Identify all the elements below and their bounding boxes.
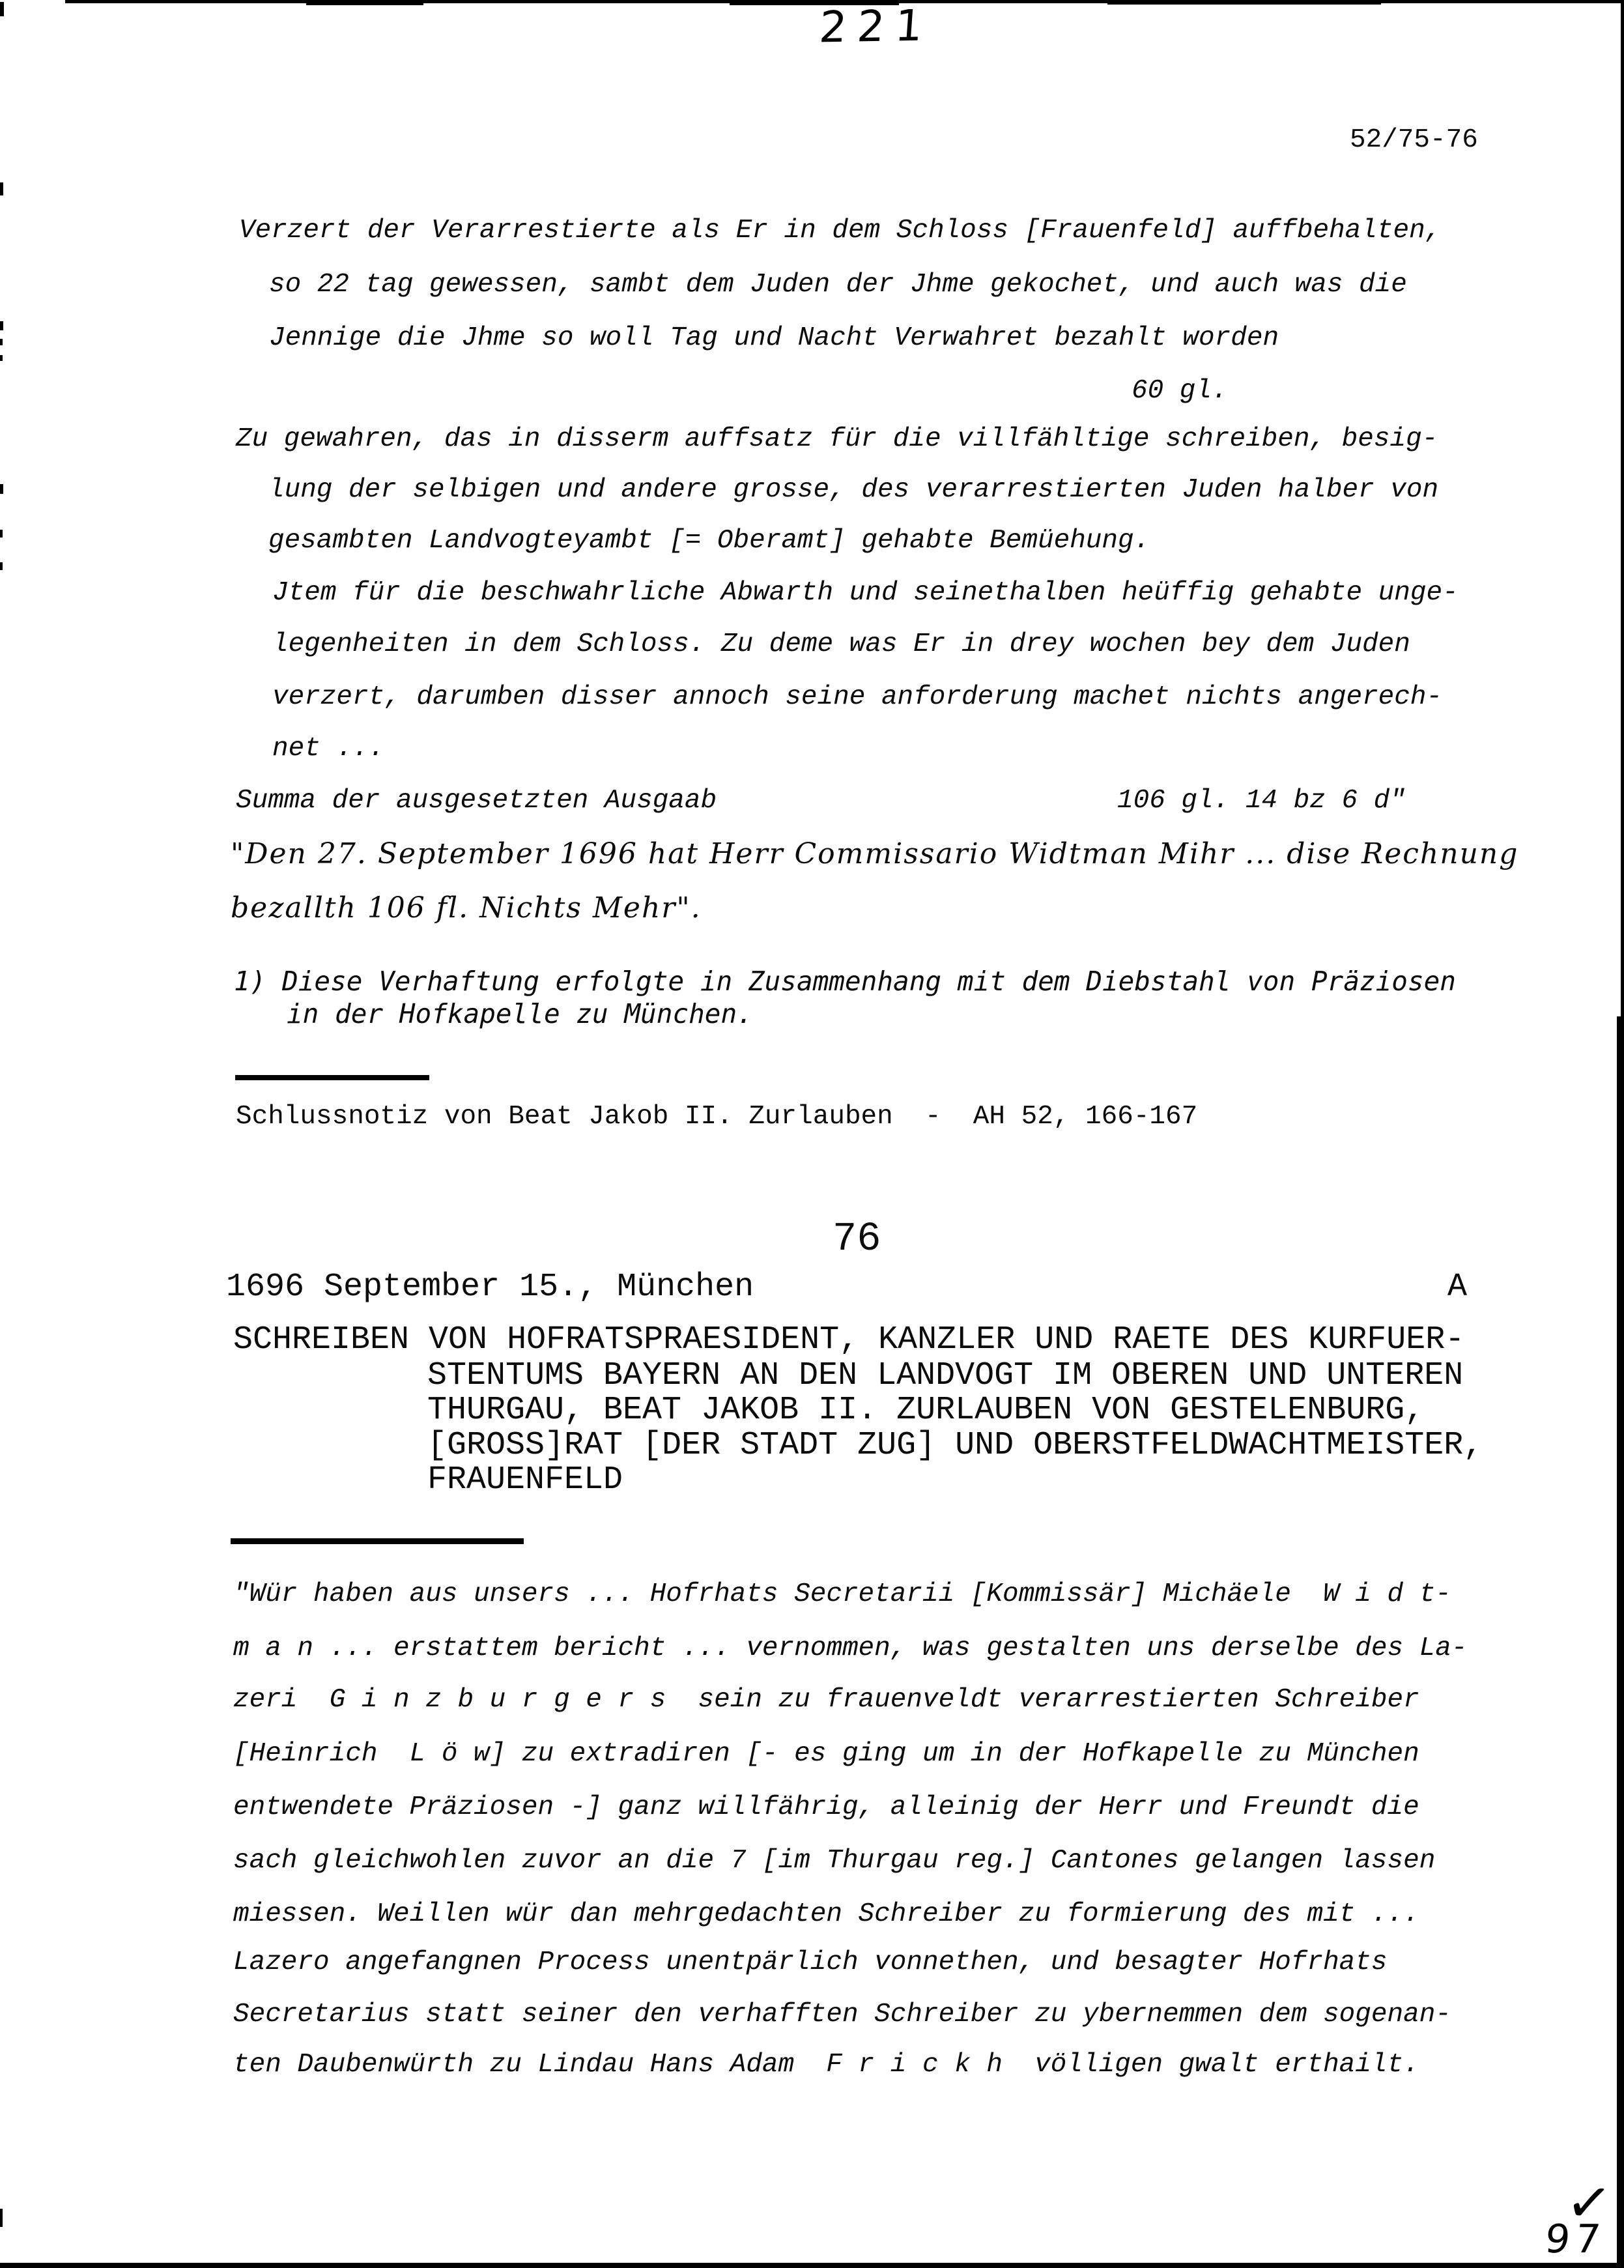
scan-edge-left	[0, 2209, 3, 2227]
body-line: sach gleichwohlen zuvor an die 7 [im Thu…	[233, 1846, 1435, 1876]
body-line: m a n ... erstattem bericht ... vernomme…	[233, 1633, 1468, 1663]
archive-siglum: A	[1447, 1269, 1467, 1306]
title-line: THURGAU, BEAT JAKOB II. ZURLAUBEN VON GE…	[427, 1392, 1424, 1429]
body-line: Secretarius statt seiner den verhafften …	[233, 2000, 1451, 2030]
scan-edge-top	[1107, 0, 1381, 5]
body-line: zeri G i n z b u r g e r s sein zu fraue…	[233, 1685, 1419, 1715]
scan-edge-left	[0, 2, 4, 16]
scan-edge-left	[0, 530, 3, 538]
dateline: 1696 September 15., München	[226, 1269, 754, 1306]
quote-line: so 22 tag gewessen, sambt dem Juden der …	[269, 270, 1407, 300]
summa-label: Summa der ausgesetzten Ausgaab	[236, 786, 717, 816]
title-line: [GROSS]RAT [DER STADT ZUG] UND OBERSTFEL…	[427, 1427, 1483, 1464]
quote-line: gesambten Landvogteyambt [= Oberamt] geh…	[268, 526, 1150, 556]
scan-edge-left	[0, 321, 3, 330]
scan-edge-left	[0, 182, 3, 195]
doc-reference: 52/75-76	[1350, 125, 1478, 155]
closing-quote-line: bezallth 106 fl. Nichts Mehr".	[231, 891, 702, 925]
scan-edge-bottom	[0, 2263, 1624, 2268]
scan-edge-left	[0, 484, 3, 494]
closing-quote-line: "Den 27. September 1696 hat Herr Commiss…	[231, 837, 1518, 870]
handwritten-page-number-top: 221	[818, 0, 935, 52]
summa-amount: 106 gl. 14 bz 6 d"	[1117, 786, 1406, 816]
body-line: ten Daubenwürth zu Lindau Hans Adam F r …	[233, 2050, 1419, 2080]
handwritten-page-number-bottom: 97	[1543, 2217, 1608, 2262]
amount-interim: 60 gl.	[1132, 376, 1228, 406]
quote-line: Jennige die Jhme so woll Tag und Nacht V…	[269, 323, 1279, 353]
quote-line: Zu gewahren, das in disserm auffsatz für…	[236, 424, 1438, 454]
body-line: entwendete Präziosen -] ganz willfährig,…	[233, 1792, 1419, 1822]
quote-line: lung der selbigen und andere grosse, des…	[268, 475, 1438, 505]
scan-edge-right	[1617, 1016, 1624, 2268]
body-line: Lazero angefangnen Process unentpärlich …	[233, 1947, 1388, 1977]
body-line: "Wür haben aus unsers ... Hofrhats Secre…	[233, 1579, 1451, 1609]
footnote-rule	[235, 1075, 429, 1080]
quote-line: Verzert der Verarrestierte als Er in dem…	[239, 216, 1441, 246]
body-line: [Heinrich L ö w] zu extradiren [- es gin…	[233, 1739, 1419, 1769]
scan-edge-top	[306, 0, 423, 5]
footnote-line: 1) Diese Verhaftung erfolgte in Zusammen…	[234, 966, 1456, 997]
entry-number: 76	[833, 1216, 881, 1262]
title-line: SCHREIBEN VON HOFRATSPRAESIDENT, KANZLER…	[233, 1321, 1464, 1358]
closing-note: Schlussnotiz von Beat Jakob II. Zurlaube…	[236, 1102, 1197, 1132]
quote-line: legenheiten in dem Schloss. Zu deme was …	[272, 629, 1410, 659]
quote-line: verzert, darumben disser annoch seine an…	[272, 682, 1442, 712]
section-rule	[231, 1538, 524, 1544]
quote-line: Jtem für die beschwahrliche Abwarth und …	[272, 578, 1459, 608]
quote-line: net ...	[272, 734, 384, 764]
title-line: STENTUMS BAYERN AN DEN LANDVOGT IM OBERE…	[427, 1357, 1463, 1394]
scan-edge-left	[0, 355, 3, 361]
body-line: miessen. Weillen wür dan mehrgedachten S…	[233, 1899, 1419, 1929]
title-line: FRAUENFELD	[427, 1461, 623, 1499]
scanned-document-page: 221 ✓ 97 52/75-76 Verzert der Verarresti…	[0, 0, 1624, 2268]
footnote-line: in der Hofkapelle zu München.	[287, 998, 753, 1029]
scan-edge-left	[0, 339, 3, 345]
scan-edge-left	[0, 562, 3, 570]
